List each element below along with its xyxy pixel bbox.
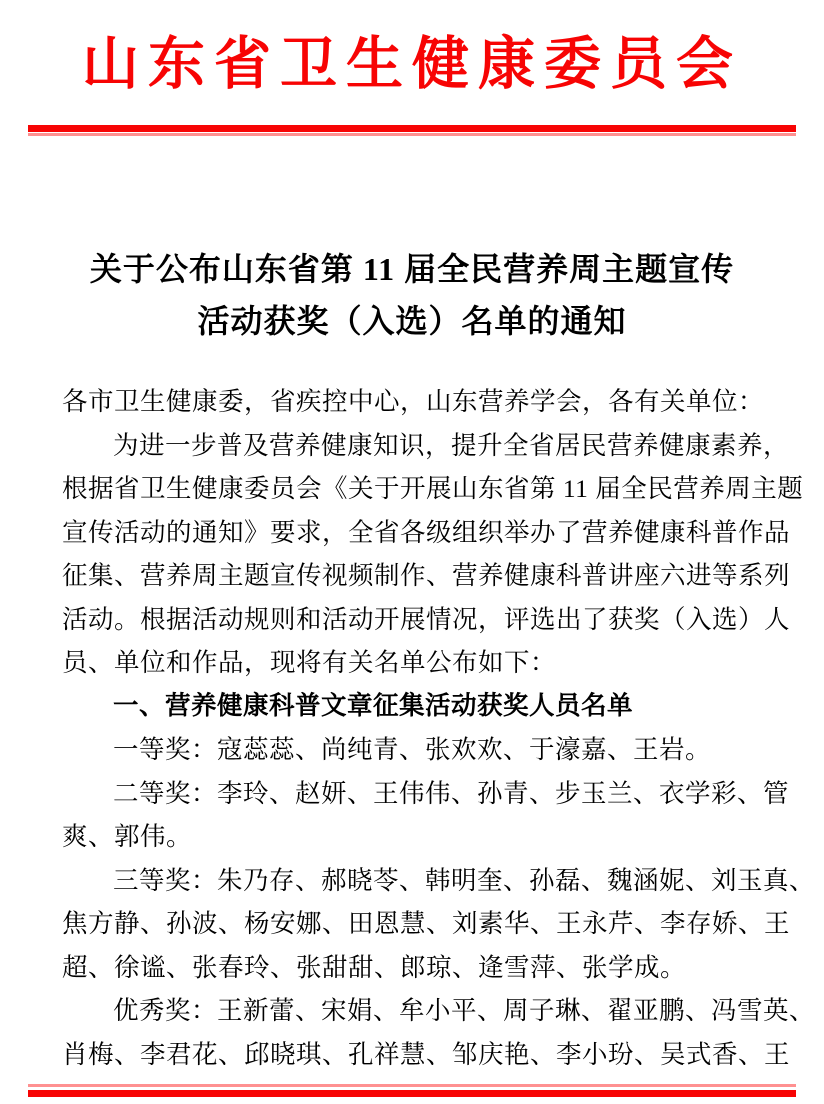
footer-rule-thick [28,1090,796,1097]
award-line-merit-cont: 肖梅、李君花、邱晓琪、孔祥慧、邹庆艳、李小玢、吴式香、王 [62,1033,768,1077]
issuer-title: 山东省卫生健康委员会 [0,22,824,108]
body-line: 活动。根据活动规则和活动开展情况，评选出了获奖（入选）人 [62,598,768,642]
award-line-third: 三等奖：朱乃存、郝晓苓、韩明奎、孙磊、魏涵妮、刘玉真、 [62,859,768,903]
document-title-line-1: 关于公布山东省第 11 届全民营养周主题宣传 [0,243,824,295]
salutation-line: 各市卫生健康委，省疾控中心，山东营养学会，各有关单位： [62,380,768,424]
section-heading: 一、营养健康科普文章征集活动获奖人员名单 [62,685,768,729]
document-title: 关于公布山东省第 11 届全民营养周主题宣传 活动获奖（入选）名单的通知 [0,243,824,347]
document-body: 各市卫生健康委，省疾控中心，山东营养学会，各有关单位： 为进一步普及营养健康知识… [62,380,768,1076]
footer-separator [28,1084,796,1097]
award-line-third-cont: 超、徐谧、张春玲、张甜甜、郎琼、逄雪萍、张学成。 [62,946,768,990]
award-line-first: 一等奖：寇蕊蕊、尚纯青、张欢欢、于濠嘉、王岩。 [62,728,768,772]
document-page: 山东省卫生健康委员会 关于公布山东省第 11 届全民营养周主题宣传 活动获奖（入… [0,0,824,1104]
body-line: 宣传活动的通知》要求，全省各级组织举办了营养健康科普作品 [62,511,768,555]
award-line-second: 二等奖：李玲、赵妍、王伟伟、孙青、步玉兰、衣学彩、管 [62,772,768,816]
document-title-line-2: 活动获奖（入选）名单的通知 [0,295,824,347]
header-rule-thin [28,133,796,136]
award-line-third-cont: 焦方静、孙波、杨安娜、田恩慧、刘素华、王永芹、李存娇、王 [62,902,768,946]
body-line: 根据省卫生健康委员会《关于开展山东省第 11 届全民营养周主题 [62,467,768,511]
body-line: 征集、营养周主题宣传视频制作、营养健康科普讲座六进等系列 [62,554,768,598]
header-separator [28,125,796,136]
footer-rule-thin [28,1084,796,1087]
award-line-second-cont: 爽、郭伟。 [62,815,768,859]
body-line: 员、单位和作品，现将有关名单公布如下： [62,641,768,685]
body-line: 为进一步普及营养健康知识，提升全省居民营养健康素养， [62,424,768,468]
header-rule-thick [28,125,796,132]
award-line-merit: 优秀奖：王新蕾、宋娟、牟小平、周子琳、翟亚鹏、冯雪英、 [62,989,768,1033]
